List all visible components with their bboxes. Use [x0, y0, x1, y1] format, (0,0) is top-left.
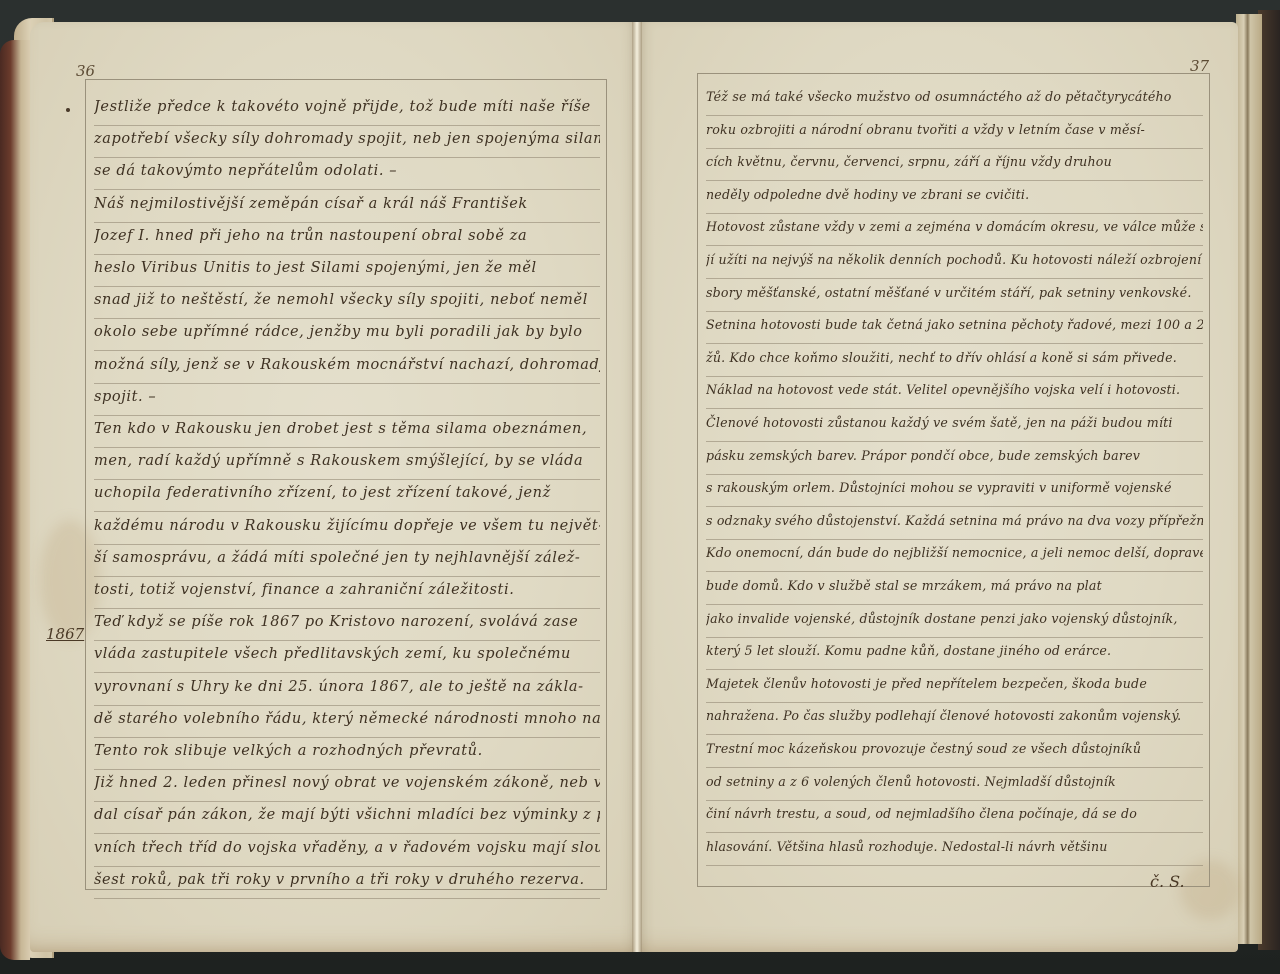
- manuscript-line: heslo Viribus Unitis to jest Silami spoj…: [94, 253, 600, 287]
- manuscript-line: s odznaky svého důstojenství. Každá setn…: [706, 506, 1203, 540]
- manuscript-line: Jestliže předce k takovéto vojně přijde,…: [94, 92, 600, 126]
- manuscript-line: možná síly, jenž se v Rakouském mocnářst…: [94, 350, 600, 384]
- manuscript-line: spojit. –: [94, 382, 600, 416]
- manuscript-line: pásku zemských barev. Prápor pondčí obce…: [706, 441, 1203, 475]
- manuscript-line: Náklad na hotovost vede stát. Velitel op…: [706, 375, 1203, 409]
- manuscript-line: Teď když se píše rok 1867 po Kristovo na…: [94, 607, 600, 641]
- manuscript-line: ší samosprávu, a žádá míti společné jen …: [94, 543, 600, 577]
- manuscript-line: men, radí každý upřímně s Rakouskem smýš…: [94, 446, 600, 480]
- manuscript-line: žů. Kdo chce koňmo sloužiti, nechť to dř…: [706, 343, 1203, 377]
- manuscript-line: nahražena. Po čas služby podlehají členo…: [706, 701, 1203, 735]
- manuscript-line: Členové hotovosti zůstanou každý ve svém…: [706, 408, 1203, 442]
- manuscript-line: okolo sebe upřímné rádce, jenžby mu byli…: [94, 317, 600, 351]
- manuscript-line: s rakouským orlem. Důstojníci mohou se v…: [706, 473, 1203, 507]
- manuscript-line: cích květnu, červnu, červenci, srpnu, zá…: [706, 147, 1203, 181]
- manuscript-line: se dá takovýmto nepřátelům odolati. –: [94, 156, 600, 190]
- manuscript-line: Tento rok slibuje velkých a rozhodných p…: [94, 736, 600, 770]
- manuscript-line: vyrovnaní s Uhry ke dni 25. února 1867, …: [94, 672, 600, 706]
- manuscript-line: od setniny a z 6 volených členů hotovost…: [706, 767, 1203, 801]
- manuscript-line: Již hned 2. leden přinesl nový obrat ve …: [94, 768, 600, 802]
- catchword-mark: č. S.: [1150, 872, 1185, 891]
- manuscript-line: vláda zastupitele všech předlitavských z…: [94, 639, 600, 673]
- manuscript-line: bude domů. Kdo v službě stal se mrzákem,…: [706, 571, 1203, 605]
- page-number-left: 36: [76, 62, 95, 80]
- margin-year-note: 1867: [46, 625, 84, 643]
- manuscript-line: jí užíti na nejvýš na několik denních po…: [706, 245, 1203, 279]
- manuscript-line: činí návrh trestu, a soud, od nejmladšíh…: [706, 799, 1203, 833]
- book-gutter: [632, 22, 642, 952]
- ink-dot: [66, 108, 70, 112]
- manuscript-line: šest roků, pak tři roky v prvního a tři …: [94, 865, 600, 899]
- right-page-stack: [1236, 14, 1262, 944]
- manuscript-line: Majetek členův hotovosti je před nepříte…: [706, 669, 1203, 703]
- manuscript-line: sbory měšťanské, ostatní měšťané v určit…: [706, 278, 1203, 312]
- manuscript-line: snad již to neštěstí, že nemohl všecky s…: [94, 285, 600, 319]
- manuscript-line: uchopila federativního zřízení, to jest …: [94, 478, 600, 512]
- manuscript-line: Ten kdo v Rakousku jen drobet jest s těm…: [94, 414, 600, 448]
- left-text-frame: Jestliže předce k takovéto vojně přijde,…: [85, 79, 607, 890]
- manuscript-line: dě starého volebního řádu, který německé…: [94, 704, 600, 738]
- manuscript-line: Hotovost zůstane vždy v zemi a zejména v…: [706, 212, 1203, 246]
- right-text-frame: Též se má také všecko mužstvo od osumnác…: [697, 73, 1210, 887]
- manuscript-line: jako invalide vojenské, důstojník dostan…: [706, 604, 1203, 638]
- manuscript-line: každému národu v Rakousku žijícímu dopře…: [94, 511, 600, 545]
- left-cover-edge: [0, 40, 30, 960]
- manuscript-line: tosti, totiž vojenství, finance a zahran…: [94, 575, 600, 609]
- manuscript-line: Kdo onemocní, dán bude do nejbližší nemo…: [706, 538, 1203, 572]
- manuscript-line: roku ozbrojiti a národní obranu tvořiti …: [706, 115, 1203, 149]
- manuscript-line: hlasování. Většina hlasů rozhoduje. Nedo…: [706, 832, 1203, 866]
- manuscript-line: Náš nejmilostivější zeměpán císař a král…: [94, 189, 600, 223]
- manuscript-line: Též se má také všecko mužstvo od osumnác…: [706, 82, 1203, 116]
- manuscript-line: který 5 let slouží. Komu padne kůň, dost…: [706, 636, 1203, 670]
- manuscript-line: dal císař pán zákon, že mají býti všichn…: [94, 800, 600, 834]
- manuscript-line: neděly odpoledne dvě hodiny ve zbrani se…: [706, 180, 1203, 214]
- manuscript-line: Setnina hotovosti bude tak četná jako se…: [706, 310, 1203, 344]
- manuscript-line: Trestní moc kázeňskou provozuje čestný s…: [706, 734, 1203, 768]
- manuscript-line: zapotřebí všecky síly dohromady spojit, …: [94, 124, 600, 158]
- manuscript-line: vních třech tříd do vojska vřaděny, a v …: [94, 833, 600, 867]
- manuscript-line: Jozef I. hned při jeho na trůn nastoupen…: [94, 221, 600, 255]
